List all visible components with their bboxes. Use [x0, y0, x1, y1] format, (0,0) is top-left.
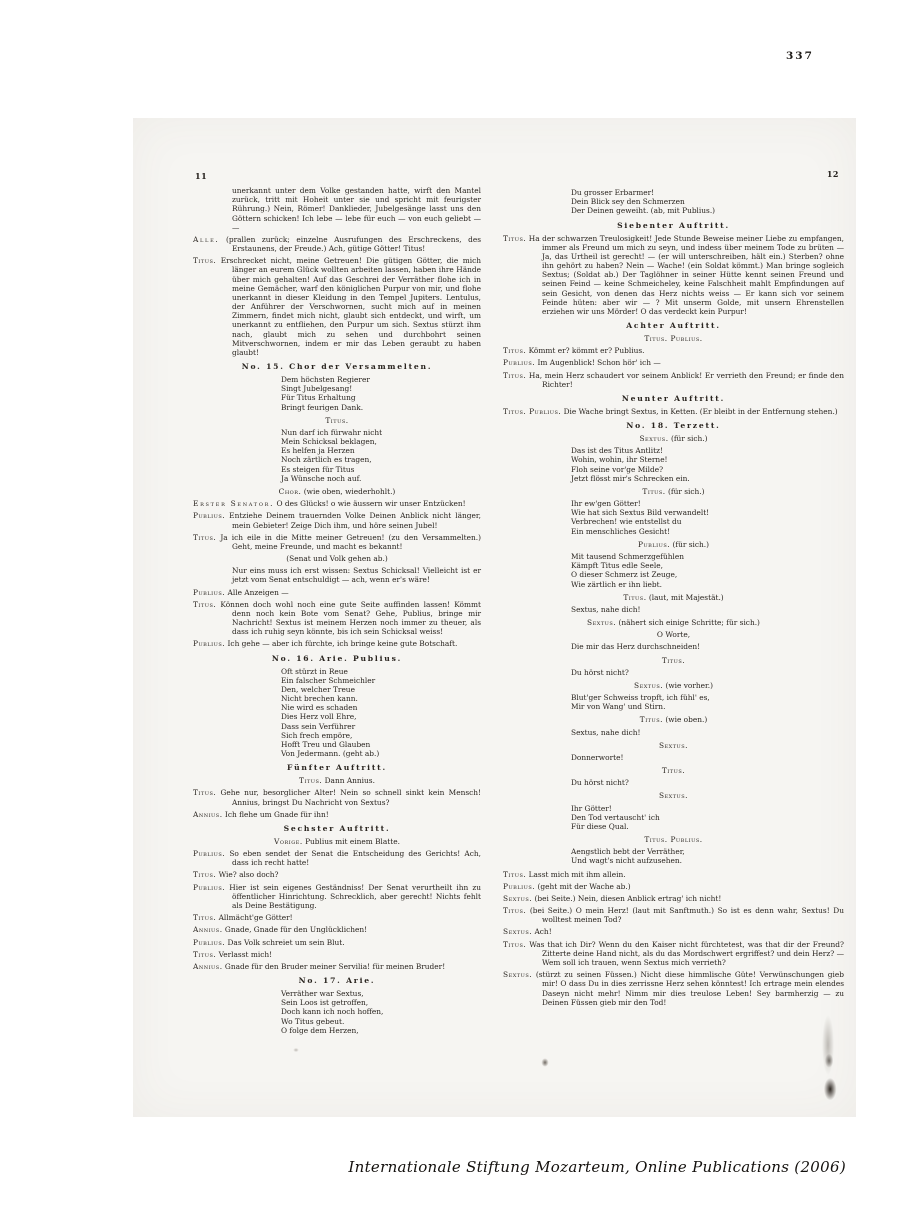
- speaker-line: Titus. Publius.: [503, 835, 844, 844]
- folio-number: 337: [786, 50, 814, 62]
- dialogue-block: Publius. So eben sendet der Senat die En…: [193, 849, 481, 867]
- scene-heading: Achter Auftritt.: [503, 321, 844, 330]
- continuation-paragraph: Nur eins muss ich erst wissen: Sextus Sc…: [232, 566, 481, 584]
- scene-heading: No. 17. Arie.: [193, 976, 481, 985]
- dialogue-block: Publius. Hier ist sein eigenes Geständni…: [193, 883, 481, 911]
- speaker-line: Sextus. (nähert sich einige Schritte; fü…: [503, 618, 844, 627]
- scan-artifact-smudge: [291, 1046, 301, 1054]
- verse-line: Ein menschliches Gesicht!: [571, 527, 844, 536]
- speaker-name: Erster Senator.: [193, 499, 274, 508]
- dialogue-block: Erster Senator. O des Glücks! o wie äuss…: [193, 499, 481, 508]
- speaker-name: Titus.: [662, 656, 685, 665]
- verse-line: Jetzt flösst mir's Schrecken ein.: [571, 474, 844, 483]
- speaker-name: Titus.: [193, 788, 216, 797]
- verse-line: Dem höchsten Regierer: [281, 375, 481, 384]
- speaker-name: Titus.: [503, 870, 526, 879]
- right-page-column: Du grosser Erbarmer!Dein Blick sey den S…: [503, 186, 844, 1039]
- dialogue-block: Titus. Gehe nur, besorglicher Alter! Nei…: [193, 788, 481, 806]
- verse-line: Es helfen ja Herzen: [281, 446, 481, 455]
- verse-line: Aengstlich bebt der Verräther,: [571, 847, 844, 856]
- dialogue-block: Titus. Ha der schwarzen Treulosigkeit! J…: [503, 234, 844, 317]
- speaker-line: Sextus.: [503, 791, 844, 800]
- speaker-line: Titus. Dann Annius.: [193, 776, 481, 785]
- speaker-name: Sextus.: [639, 434, 668, 443]
- verse-line: Den, welcher Treue: [281, 685, 481, 694]
- verse-block: Blut'ger Schweiss tropft, ich fühl' es,M…: [571, 693, 844, 711]
- speaker-line: Sextus.: [503, 741, 844, 750]
- verse-block: Nun darf ich fürwahr nichtMein Schicksal…: [281, 428, 481, 483]
- dialogue-block: Titus. Was that ich Dir? Wenn du den Kai…: [503, 940, 844, 968]
- dialogue-block: Titus. Verlasst mich!: [193, 950, 481, 959]
- dialogue-block: Sextus. (bei Seite.) Nein, diesen Anblic…: [503, 894, 844, 903]
- verse-line: Dass sein Verführer: [281, 722, 481, 731]
- verse-line: Oft stürzt in Reue: [281, 667, 481, 676]
- verse-block: Du hörst nicht?: [571, 778, 844, 787]
- verse-block: Das ist des Titus Antlitz!Wohin, wohin, …: [571, 446, 844, 483]
- scene-heading: No. 15. Chor der Versammelten.: [193, 362, 481, 371]
- verse-line: Singt Jubelgesang!: [281, 384, 481, 393]
- scene-heading: Fünfter Auftritt.: [193, 763, 481, 772]
- speaker-name: Titus.: [503, 371, 526, 380]
- scene-heading: Neunter Auftritt.: [503, 394, 844, 403]
- verse-line: Von Jedermann. (geht ab.): [281, 749, 481, 758]
- verse-line: Der Deinen geweiht. (ab, mit Publius.): [571, 206, 844, 215]
- speaker-name: Titus.: [299, 776, 322, 785]
- verse-line: Sich frech empöre,: [281, 731, 481, 740]
- speaker-name: Titus.: [640, 715, 663, 724]
- dialogue-block: Alle. (prallen zurück; einzelne Ausrufun…: [193, 235, 481, 253]
- speaker-name: Titus.: [193, 256, 216, 265]
- speaker-name: Titus.: [193, 600, 216, 609]
- speaker-name: Publius.: [193, 883, 225, 892]
- speaker-line: Titus. (wie oben.): [503, 715, 844, 724]
- dialogue-block: Publius. Ich gehe — aber ich fürchte, ic…: [193, 639, 481, 648]
- dialogue-block: Publius. (geht mit der Wache ab.): [503, 882, 844, 891]
- verse-line: Hofft Treu und Glauben: [281, 740, 481, 749]
- verse-block: Verräther war Sextus,Sein Loos ist getro…: [281, 989, 481, 1035]
- verse-line: Ihr Götter!: [571, 804, 844, 813]
- page-columns: unerkannt unter dem Volke gestanden hatt…: [133, 118, 856, 1039]
- speaker-name: Sextus.: [634, 681, 663, 690]
- dialogue-block: Titus. Kömmt er? kömmt er? Publius.: [503, 346, 844, 355]
- verse-line: Sextus, nahe dich!: [571, 728, 844, 737]
- speaker-name: Titus.: [503, 346, 526, 355]
- verse-line: O folge dem Herzen,: [281, 1026, 481, 1035]
- publication-footer: Internationale Stiftung Mozarteum, Onlin…: [348, 1158, 846, 1176]
- verse-line: Dies Herz voll Ehre,: [281, 712, 481, 721]
- verse-line: Doch kann ich noch hoffen,: [281, 1007, 481, 1016]
- speaker-name: Titus.: [662, 766, 685, 775]
- dialogue-block: Annius. Gnade für den Bruder meiner Serv…: [193, 962, 481, 971]
- verse-line: Wie zärtlich er ihn liebt.: [571, 580, 844, 589]
- dialogue-block: Titus. Publius. Die Wache bringt Sextus,…: [503, 407, 844, 416]
- verse-block: Sextus, nahe dich!: [571, 728, 844, 737]
- verse-line: Nicht brechen kann.: [281, 694, 481, 703]
- dialogue-block: Titus. Ha, mein Herz schaudert vor seine…: [503, 371, 844, 389]
- dialogue-block: Sextus. Ach!: [503, 927, 844, 936]
- verse-block: Mit tausend SchmerzgefühlenKämpft Titus …: [571, 552, 844, 589]
- verse-line: Verbrechen! wie entstellst du: [571, 517, 844, 526]
- verse-line: Für Titus Erhaltung: [281, 393, 481, 402]
- verse-line: Für diese Qual.: [571, 822, 844, 831]
- speaker-name: Titus.: [193, 533, 216, 542]
- speaker-name: Titus. Publius.: [644, 835, 702, 844]
- speaker-name: Titus.: [325, 416, 348, 425]
- verse-line: Du grosser Erbarmer!: [571, 188, 844, 197]
- verse-block: Die mir das Herz durchschneiden!: [571, 642, 844, 651]
- dialogue-block: Titus. Lasst mich mit ihm allein.: [503, 870, 844, 879]
- verse-line: Du hörst nicht?: [571, 668, 844, 677]
- sheet: { "page": { "folio_number": "337", "foot…: [0, 0, 900, 1224]
- speaker-name: Titus.: [503, 906, 526, 915]
- speaker-line: Titus. (für sich.): [503, 487, 844, 496]
- speaker-name: Sextus.: [659, 741, 688, 750]
- speaker-name: Titus.: [193, 950, 216, 959]
- dialogue-block: Titus. Ja ich eile in die Mitte meiner G…: [193, 533, 481, 551]
- dialogue-block: Titus. Erschrecket nicht, meine Getreuen…: [193, 256, 481, 357]
- scan-artifact-dot: [539, 1056, 551, 1069]
- speaker-name: Publius.: [193, 588, 225, 597]
- dialogue-block: Titus. Allmächt'ge Götter!: [193, 913, 481, 922]
- speaker-name: Titus.: [623, 593, 646, 602]
- speaker-name: Annius.: [193, 810, 223, 819]
- speaker-line: Titus.: [503, 656, 844, 665]
- continuation-paragraph: unerkannt unter dem Volke gestanden hatt…: [232, 186, 481, 232]
- speaker-line: Titus. Publius.: [503, 334, 844, 343]
- verse-line: Ein falscher Schmeichler: [281, 676, 481, 685]
- speaker-name: Vorige.: [274, 837, 303, 846]
- speaker-name: Annius.: [193, 962, 223, 971]
- speaker-line: Titus.: [193, 416, 481, 425]
- verse-block: Ihr Götter!Den Tod vertauscht' ichFür di…: [571, 804, 844, 832]
- speaker-line: Publius. (für sich.): [503, 540, 844, 549]
- verse-line: Ihr ew'gen Götter!: [571, 499, 844, 508]
- speaker-name: Sextus.: [503, 927, 532, 936]
- stage-direction: (Senat und Volk gehen ab.): [193, 554, 481, 563]
- speaker-name: Publius.: [193, 849, 225, 858]
- speaker-name: Publius.: [638, 540, 670, 549]
- verse-block: Donnerworte!: [571, 753, 844, 762]
- scene-heading: Siebenter Auftritt.: [503, 221, 844, 230]
- speaker-name: Titus.: [193, 870, 216, 879]
- verse-line: Du hörst nicht?: [571, 778, 844, 787]
- scene-heading: No. 16. Arie. Publius.: [193, 654, 481, 663]
- verse-line: Wo Titus gebeut.: [281, 1017, 481, 1026]
- dialogue-block: Annius. Ich flehe um Gnade für ihn!: [193, 810, 481, 819]
- verse-line: Donnerworte!: [571, 753, 844, 762]
- scanned-page: 11 12 unerkannt unter dem Volke gestande…: [133, 118, 856, 1117]
- stage-direction: O Worte,: [503, 630, 844, 639]
- dialogue-block: Titus. Wie? also doch?: [193, 870, 481, 879]
- verse-line: Mir von Wang' und Stirn.: [571, 702, 844, 711]
- verse-block: Oft stürzt in ReueEin falscher Schmeichl…: [281, 667, 481, 759]
- speaker-name: Publius.: [193, 938, 225, 947]
- dialogue-block: Annius. Gnade, Gnade für den Unglücklich…: [193, 925, 481, 934]
- speaker-line: Titus.: [503, 766, 844, 775]
- verse-line: Bringt feurigen Dank.: [281, 403, 481, 412]
- verse-line: Nun darf ich fürwahr nicht: [281, 428, 481, 437]
- speaker-name: Titus.: [503, 234, 526, 243]
- speaker-name: Titus.: [193, 913, 216, 922]
- speaker-name: Publius.: [193, 511, 225, 520]
- dialogue-block: Titus. Können doch wohl noch eine gute S…: [193, 600, 481, 637]
- verse-block: Du grosser Erbarmer!Dein Blick sey den S…: [571, 188, 844, 216]
- speaker-name: Titus. Publius.: [503, 407, 561, 416]
- verse-line: Mein Schicksal beklagen,: [281, 437, 481, 446]
- speaker-name: Chor.: [279, 487, 302, 496]
- speaker-name: Titus.: [503, 940, 526, 949]
- left-page-column: unerkannt unter dem Volke gestanden hatt…: [193, 186, 481, 1039]
- verse-line: Dein Blick sey den Schmerzen: [571, 197, 844, 206]
- speaker-name: Alle.: [193, 235, 219, 244]
- verse-line: Es steigen für Titus: [281, 465, 481, 474]
- speaker-name: Annius.: [193, 925, 223, 934]
- verse-line: Kämpft Titus edle Seele,: [571, 561, 844, 570]
- verse-line: Den Tod vertauscht' ich: [571, 813, 844, 822]
- verse-block: Aengstlich bebt der Verräther,Und wagt's…: [571, 847, 844, 865]
- dialogue-block: Publius. Alle Anzeigen —: [193, 588, 481, 597]
- speaker-name: Publius.: [193, 639, 225, 648]
- verse-line: Das ist des Titus Antlitz!: [571, 446, 844, 455]
- dialogue-block: Publius. Im Augenblick! Schon hör' ich —: [503, 358, 844, 367]
- speaker-name: Publius.: [503, 882, 535, 891]
- scan-page-number-right: 12: [827, 169, 839, 179]
- speaker-name: Publius.: [503, 358, 535, 367]
- dialogue-block: Titus. (bei Seite.) O mein Herz! (laut m…: [503, 906, 844, 924]
- speaker-name: Sextus.: [503, 970, 532, 979]
- verse-line: Sextus, nahe dich!: [571, 605, 844, 614]
- verse-line: Blut'ger Schweiss tropft, ich fühl' es,: [571, 693, 844, 702]
- verse-line: Die mir das Herz durchschneiden!: [571, 642, 844, 651]
- scan-page-number-left: 11: [195, 171, 207, 181]
- speaker-name: Sextus.: [587, 618, 616, 627]
- verse-line: Floh seine vor'ge Milde?: [571, 465, 844, 474]
- speaker-line: Chor. (wie oben, wiederhohlt.): [193, 487, 481, 496]
- speaker-line: Titus. (laut, mit Majestät.): [503, 593, 844, 602]
- verse-block: Du hörst nicht?: [571, 668, 844, 677]
- verse-line: Sein Loos ist getroffen,: [281, 998, 481, 1007]
- speaker-line: Sextus. (wie vorher.): [503, 681, 844, 690]
- speaker-name: Titus.: [642, 487, 665, 496]
- verse-line: Wohin, wohin, ihr Sterne!: [571, 455, 844, 464]
- verse-line: Verräther war Sextus,: [281, 989, 481, 998]
- verse-block: Sextus, nahe dich!: [571, 605, 844, 614]
- dialogue-block: Publius. Das Volk schreiet um sein Blut.: [193, 938, 481, 947]
- verse-block: Ihr ew'gen Götter!Wie hat sich Sextus Bi…: [571, 499, 844, 536]
- speaker-line: Vorige. Publius mit einem Blatte.: [193, 837, 481, 846]
- speaker-line: Sextus. (für sich.): [503, 434, 844, 443]
- verse-line: Mit tausend Schmerzgefühlen: [571, 552, 844, 561]
- speaker-name: Titus. Publius.: [644, 334, 702, 343]
- speaker-name: Sextus.: [659, 791, 688, 800]
- scene-heading: Sechster Auftritt.: [193, 824, 481, 833]
- verse-line: Noch zärtlich es tragen,: [281, 455, 481, 464]
- verse-line: Wie hat sich Sextus Bild verwandelt!: [571, 508, 844, 517]
- verse-line: O dieser Schmerz ist Zeuge,: [571, 570, 844, 579]
- verse-block: Dem höchsten RegiererSingt Jubelgesang!F…: [281, 375, 481, 412]
- speaker-name: Sextus.: [503, 894, 532, 903]
- verse-line: Nie wird es schaden: [281, 703, 481, 712]
- scene-heading: No. 18. Terzett.: [503, 421, 844, 430]
- verse-line: Und wagt's nicht aufzusehen.: [571, 856, 844, 865]
- dialogue-block: Publius. Entziehe Deinem trauernden Volk…: [193, 511, 481, 529]
- verse-line: Ja Wünsche noch auf.: [281, 474, 481, 483]
- dialogue-block: Sextus. (stürzt zu seinen Füssen.) Nicht…: [503, 970, 844, 1007]
